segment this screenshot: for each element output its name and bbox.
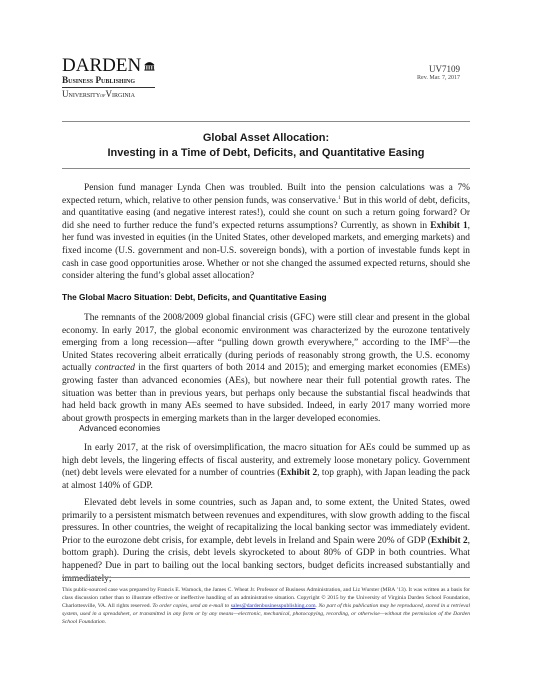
paragraph-macro: The remnants of the 2008/2009 global fin… — [62, 312, 470, 425]
paragraph-advanced: In early 2017, at the risk of oversimpli… — [62, 442, 470, 492]
paragraph-intro: Pension fund manager Lynda Chen was trou… — [62, 182, 470, 283]
title-top-rule — [62, 121, 470, 122]
darden-logo: DARDEN Business Publishing UniversityofV… — [62, 57, 155, 102]
exhibit-1-ref: Exhibit 1 — [430, 221, 467, 231]
logo-university: UniversityofVirginia — [62, 88, 155, 102]
document-title: Global Asset Allocation: Investing in a … — [62, 131, 470, 161]
title-line-2: Investing in a Time of Debt, Deficits, a… — [62, 146, 470, 161]
revision-date: Rev. Mar. 7, 2017 — [417, 74, 460, 82]
copyright-footnote: This public-sourced case was prepared by… — [62, 586, 470, 626]
logo-darden-text: DARDEN — [62, 57, 141, 74]
rotunda-icon — [144, 58, 155, 73]
paragraph-debt-levels: Elevated debt levels in some countries, … — [62, 497, 470, 585]
sales-email-link[interactable]: sales@dardenbusinesspublishing.com — [231, 603, 316, 609]
exhibit-2-ref: Exhibit 2 — [280, 468, 317, 478]
section-heading: The Global Macro Situation: Debt, Defici… — [62, 292, 327, 302]
subheading-advanced-economies: Advanced economies — [79, 423, 160, 433]
title-line-1: Global Asset Allocation: — [62, 131, 470, 146]
logo-business-publishing: Business Publishing — [62, 75, 155, 86]
exhibit-2-ref-bottom: Exhibit 2 — [431, 536, 468, 546]
case-number: UV7109 — [417, 64, 460, 74]
footer-rule — [62, 577, 470, 578]
title-bottom-rule — [62, 168, 470, 169]
case-identifier: UV7109 Rev. Mar. 7, 2017 — [417, 64, 460, 82]
